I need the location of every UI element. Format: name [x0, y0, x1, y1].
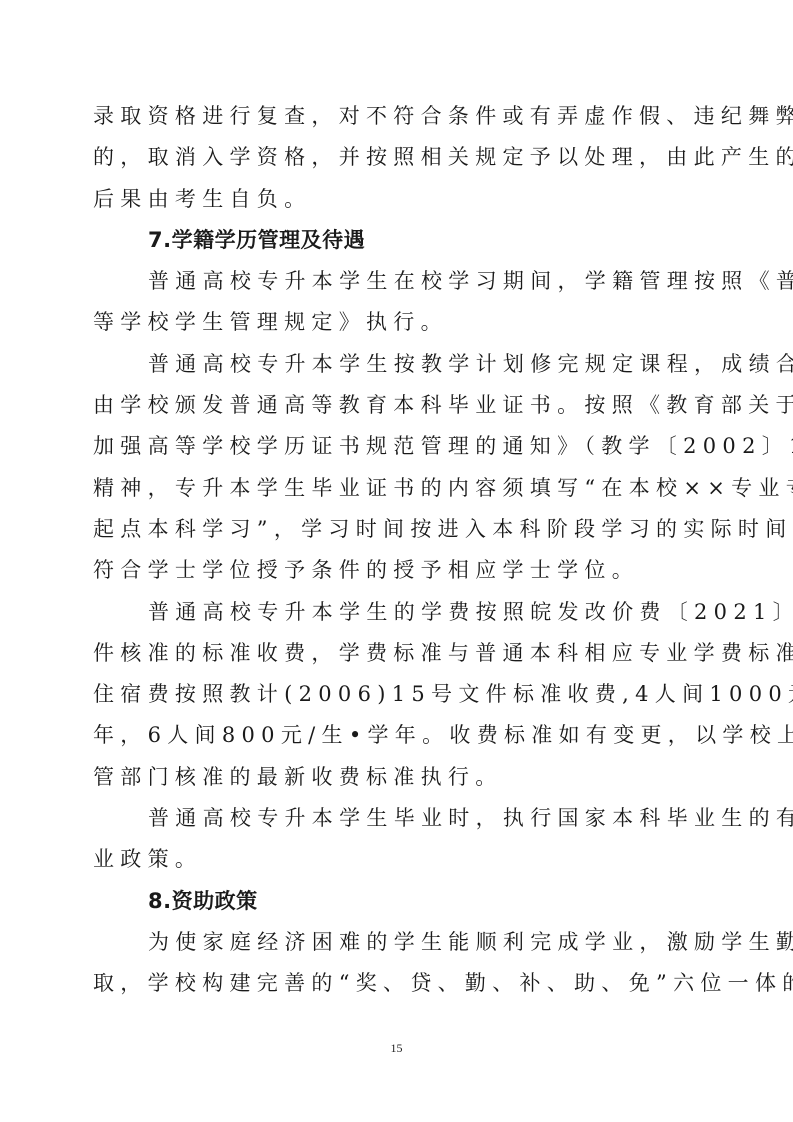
paragraph-line: 后果由考生自负。	[93, 179, 701, 220]
section-heading-7: 7.学籍学历管理及待遇	[93, 220, 701, 261]
paragraph-line: 普通高校专升本学生毕业时，执行国家本科毕业生的有关就	[93, 798, 701, 839]
paragraph-line: 等学校学生管理规定》执行。	[93, 302, 701, 343]
paragraph-line: 取，学校构建完善的“奖、贷、勤、补、助、免”六位一体的奖	[93, 963, 701, 1004]
paragraph-line: 精神，专升本学生毕业证书的内容须填写“在本校××专业专科	[93, 468, 701, 509]
paragraph-line: 年，6人间800元/生•学年。收费标准如有变更，以学校上级主	[93, 715, 701, 756]
paragraph-line: 为使家庭经济困难的学生能顺利完成学业，激励学生勤奋进	[93, 922, 701, 963]
document-page-body: 录取资格进行复查，对不符合条件或有弄虚作假、违纪舞弊行为 的，取消入学资格，并按…	[93, 96, 701, 1005]
paragraph-line: 符合学士学位授予条件的授予相应学士学位。	[93, 550, 701, 591]
paragraph-line: 普通高校专升本学生在校学习期间，学籍管理按照《普通高	[93, 261, 701, 302]
paragraph-line: 业政策。	[93, 839, 701, 880]
paragraph-line: 住宿费按照教计(2006)15号文件标准收费,4人间1000元/生•学	[93, 674, 701, 715]
paragraph-line: 普通高校专升本学生的学费按照皖发改价费〔2021〕348号文	[93, 592, 701, 633]
paragraph-line: 录取资格进行复查，对不符合条件或有弄虚作假、违纪舞弊行为	[93, 96, 701, 137]
paragraph-line: 普通高校专升本学生按教学计划修完规定课程，成绩合格，	[93, 344, 701, 385]
paragraph-line: 件核准的标准收费，学费标准与普通本科相应专业学费标准相同。	[93, 633, 701, 674]
paragraph-line: 的，取消入学资格，并按照相关规定予以处理，由此产生的一切	[93, 137, 701, 178]
paragraph-line: 管部门核准的最新收费标准执行。	[93, 757, 701, 798]
paragraph-line: 由学校颁发普通高等教育本科毕业证书。按照《教育部关于当前	[93, 385, 701, 426]
paragraph-line: 起点本科学习”，学习时间按进入本科阶段学习的实际时间填写。	[93, 509, 701, 550]
page-number: 15	[0, 1041, 793, 1056]
paragraph-line: 加强高等学校学历证书规范管理的通知》（教学〔2002〕15号）	[93, 426, 701, 467]
section-heading-8: 8.资助政策	[93, 881, 701, 922]
